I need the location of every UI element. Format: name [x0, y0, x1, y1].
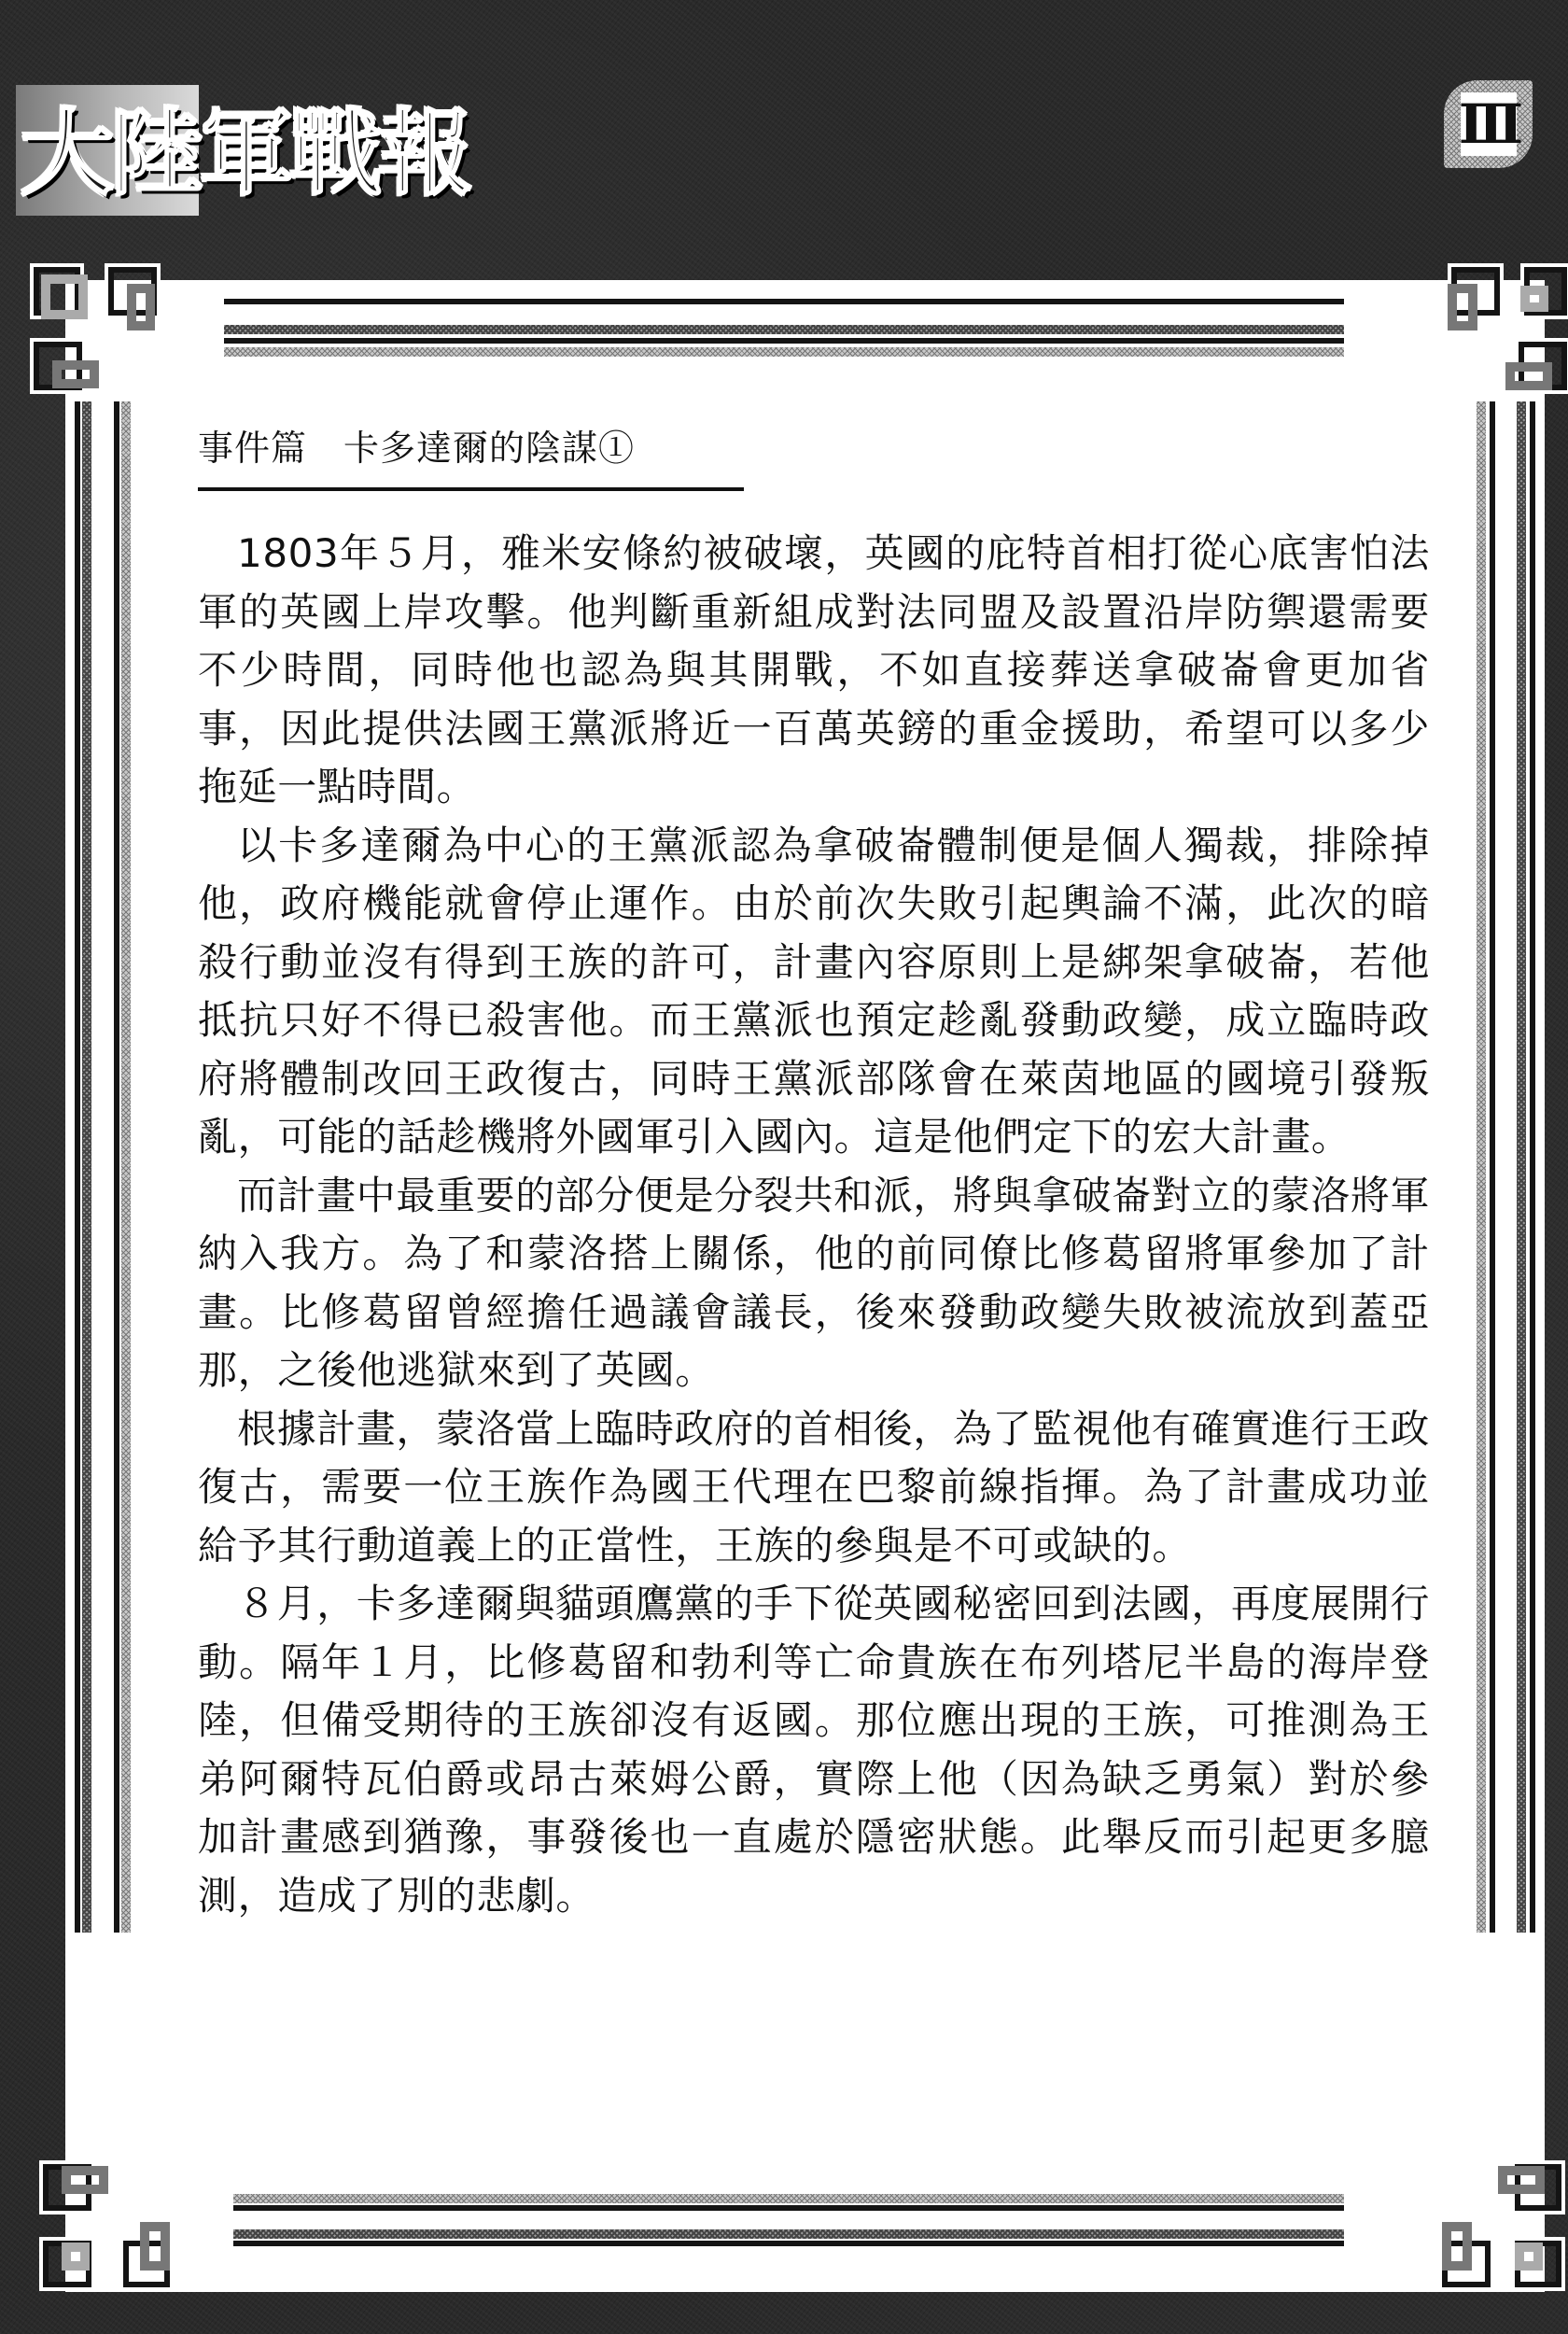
article-heading: 事件篇 卡多達爾的陰謀①	[198, 422, 744, 491]
frame-line	[1517, 401, 1526, 1933]
frame-line	[75, 401, 80, 1933]
frame-line	[224, 338, 1344, 344]
paragraph: ８月，卡多達爾與貓頭鷹黨的手下從英國秘密回到法國，再度展開行動。隔年１月，比修葛…	[198, 1575, 1430, 1925]
corner-ornament-bottom-right	[1423, 2157, 1563, 2297]
frame-line	[1490, 401, 1495, 1933]
frame-line	[1477, 401, 1486, 1933]
frame-line	[233, 2229, 1344, 2239]
volume-badge: III	[1444, 80, 1533, 168]
frame-line	[114, 401, 119, 1933]
paragraph: 以卡多達爾為中心的王黨派認為拿破崙體制便是個人獨裁，排除掉他，政府機能就會停止運…	[198, 817, 1430, 1167]
frame-line	[224, 299, 1344, 304]
magazine-title: 大陸軍戰報	[21, 93, 469, 215]
paragraph: 1803年５月，雅米安條約被破壞，英國的庇特首相打從心底害怕法軍的英國上岸攻擊。…	[198, 525, 1430, 817]
frame-line	[233, 2241, 1344, 2246]
frame-line	[233, 2194, 1344, 2203]
frame-line	[82, 401, 91, 1933]
frame-line	[224, 325, 1344, 334]
frame-line	[121, 401, 131, 1933]
corner-ornament-bottom-left	[37, 2157, 177, 2297]
frame-line	[224, 347, 1344, 357]
frame-line	[1530, 401, 1535, 1933]
corner-ornament-top-right	[1433, 261, 1568, 401]
paragraph: 根據計畫，蒙洛當上臨時政府的首相後，為了監視他有確實進行王政復古，需要一位王族作…	[198, 1400, 1430, 1576]
article-body: 事件篇 卡多達爾的陰謀① 1803年５月，雅米安條約被破壞，英國的庇特首相打從心…	[198, 422, 1430, 1925]
volume-number: III	[1461, 92, 1517, 156]
frame-line	[233, 2205, 1344, 2211]
paragraph: 而計畫中最重要的部分便是分裂共和派，將與拿破崙對立的蒙洛將軍納入我方。為了和蒙洛…	[198, 1167, 1430, 1400]
corner-ornament-top-left	[28, 261, 168, 401]
